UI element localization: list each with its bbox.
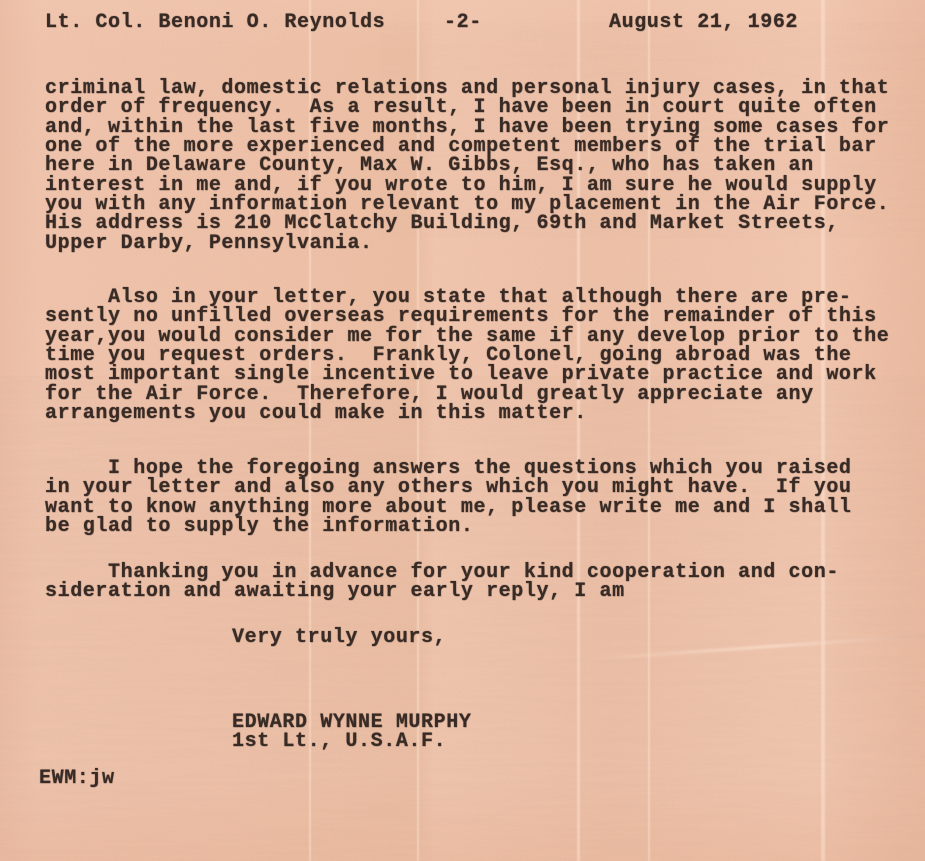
- typist-initials: EWM:jw: [39, 769, 115, 788]
- page-number: -2-: [444, 13, 482, 32]
- complimentary-close: Very truly yours,: [232, 628, 446, 647]
- body-paragraph: Thanking you in advance for your kind co…: [45, 563, 839, 602]
- body-paragraph: I hope the foregoing answers the questio…: [45, 459, 852, 536]
- body-paragraph: Also in your letter, you state that alth…: [45, 288, 889, 423]
- addressee-name: Lt. Col. Benoni O. Reynolds: [45, 13, 385, 32]
- letter-date: August 21, 1962: [609, 13, 798, 32]
- letter-page: Lt. Col. Benoni O. Reynolds -2- August 2…: [0, 0, 925, 861]
- signature-block: EDWARD WYNNE MURPHY 1st Lt., U.S.A.F.: [232, 713, 471, 752]
- paper-crease: [580, 632, 925, 662]
- body-paragraph: criminal law, domestic relations and per…: [45, 79, 889, 253]
